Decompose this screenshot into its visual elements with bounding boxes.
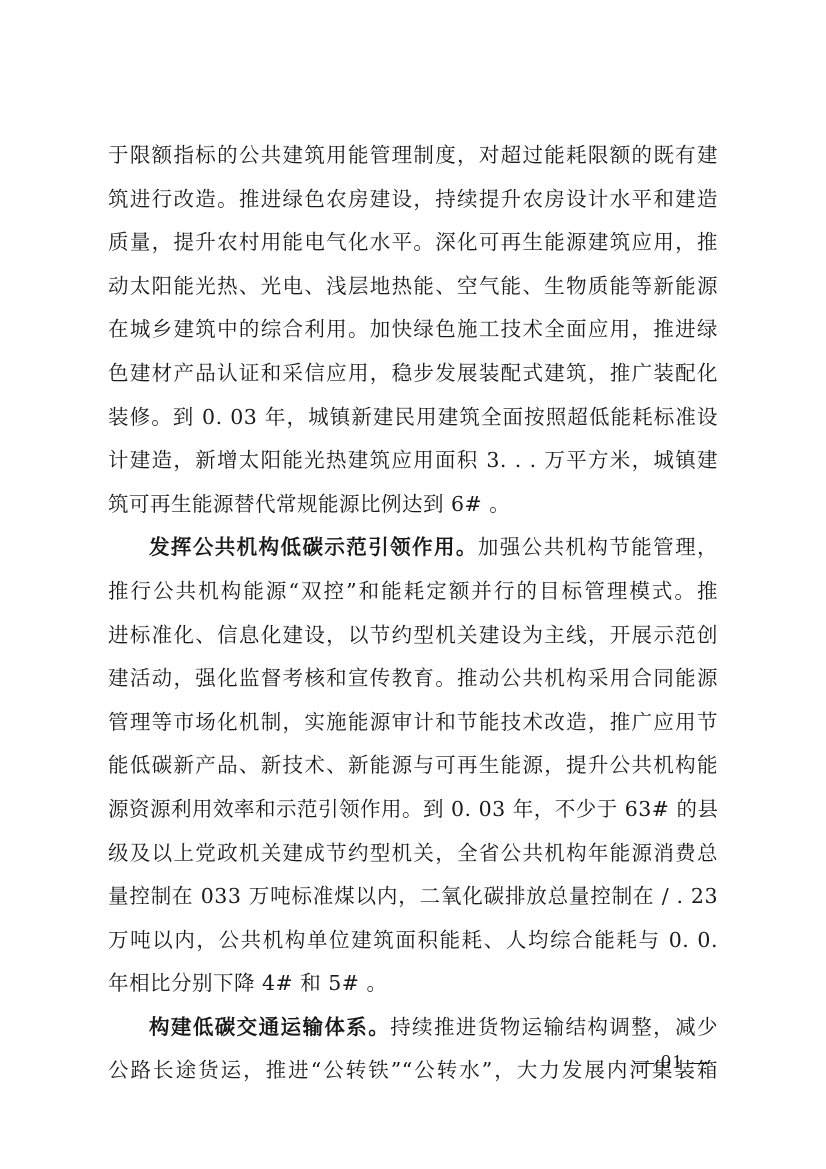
document-page: 于限额指标的公共建筑用能管理制度，对超过能耗限额的既有建 筑进行改造。推进绿色农…: [0, 0, 826, 1169]
text-line: 源资源利用效率和示范引领作用。到 0. 03 年，不少于 63# 的县: [108, 788, 718, 832]
text-line: 推行公共机构能源“双控”和能耗定额并行的目标管理模式。推: [108, 570, 718, 614]
text-line: 在城乡建筑中的综合利用。加快绿色施工技术全面应用，推进绿: [108, 308, 718, 352]
paragraph-heading-line: 发挥公共机构低碳示范引领作用。加强公共机构节能管理，: [108, 526, 718, 570]
text-line: 年相比分别下降 4# 和 5# 。: [108, 962, 718, 1006]
text-line: 装修。到 0. 03 年，城镇新建民用建筑全面按照超低能耗标准设: [108, 396, 718, 440]
text-span: 加强公共机构节能管理，: [478, 535, 718, 559]
page-number: — 01 —: [627, 1051, 717, 1074]
text-line: 质量，提升农村用能电气化水平。深化可再生能源建筑应用，推: [108, 221, 718, 265]
section-heading: 发挥公共机构低碳示范引领作用。: [149, 535, 478, 559]
body-text: 于限额指标的公共建筑用能管理制度，对超过能耗限额的既有建 筑进行改造。推进绿色农…: [108, 134, 718, 1093]
text-line: 建活动，强化监督考核和宣传教育。推动公共机构采用合同能源: [108, 657, 718, 701]
text-line: 万吨以内，公共机构单位建筑面积能耗、人均综合能耗与 0. 0.: [108, 919, 718, 963]
text-line: 进标准化、信息化建设，以节约型机关建设为主线，开展示范创: [108, 614, 718, 658]
text-line: 管理等市场化机制，实施能源审计和节能技术改造，推广应用节: [108, 701, 718, 745]
text-line: 级及以上党政机关建成节约型机关，全省公共机构年能源消费总: [108, 832, 718, 876]
text-line: 能低碳新产品、新技术、新能源与可再生能源，提升公共机构能: [108, 744, 718, 788]
text-span: 持续推进货物运输结构调整，减少: [390, 1015, 718, 1039]
paragraph-heading-line: 构建低碳交通运输体系。持续推进货物运输结构调整，减少: [108, 1006, 718, 1050]
text-line: 筑可再生能源替代常规能源比例达到 6# 。: [108, 483, 718, 527]
text-line: 筑进行改造。推进绿色农房建设，持续提升农房设计水平和建造: [108, 178, 718, 222]
text-line: 色建材产品认证和采信应用，稳步发展装配式建筑，推广装配化: [108, 352, 718, 396]
text-line: 动太阳能光热、光电、浅层地热能、空气能、生物质能等新能源: [108, 265, 718, 309]
text-line: 于限额指标的公共建筑用能管理制度，对超过能耗限额的既有建: [108, 134, 718, 178]
text-line: 量控制在 033 万吨标准煤以内，二氧化碳排放总量控制在 / . 23: [108, 875, 718, 919]
section-heading: 构建低碳交通运输体系。: [149, 1015, 390, 1039]
text-line: 计建造，新增太阳能光热建筑应用面积 3. . . 万平方米，城镇建: [108, 439, 718, 483]
